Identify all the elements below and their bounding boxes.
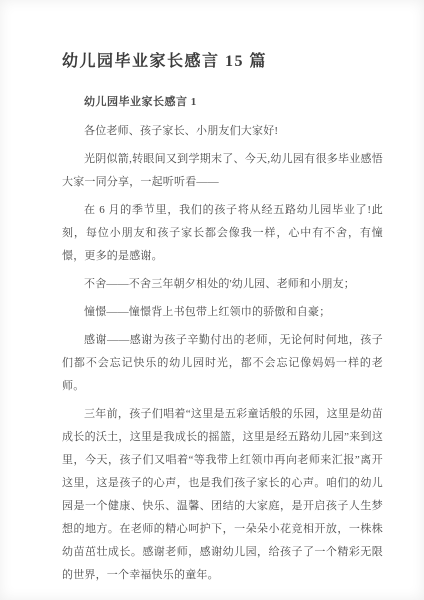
document-page: 幼儿园毕业家长感言 15 篇 幼儿园毕业家长感言 1 各位老师、孩子家长、小朋友… xyxy=(0,0,424,600)
section-heading: 幼儿园毕业家长感言 1 xyxy=(62,91,383,114)
paragraph: 感谢——感谢为孩子辛勤付出的老师，无论何时何地，孩子们都不会忘记快乐的幼儿园时光… xyxy=(62,329,383,398)
paragraph: 光阴似箭,转眼间又到学期末了、今天,幼儿园有很多毕业感悟大家一同分享，一起听听看… xyxy=(62,148,383,194)
paragraph: 不舍——不舍三年朝夕相处的'幼儿园、老师和小朋友； xyxy=(62,273,383,296)
document-body: 各位老师、孩子家长、小朋友们大家好!光阴似箭,转眼间又到学期末了、今天,幼儿园有… xyxy=(62,120,383,587)
document-title: 幼儿园毕业家长感言 15 篇 xyxy=(62,50,383,74)
paragraph: 憧憬——憧憬背上书包带上红领巾的骄傲和自豪； xyxy=(62,301,383,324)
paragraph: 各位老师、孩子家长、小朋友们大家好! xyxy=(62,120,383,143)
paragraph: 在 6 月的季节里，我们的孩子将从经五路幼儿园毕业了!此刻，每位小朋友和孩子家长… xyxy=(62,199,383,268)
paragraph: 三年前，孩子们唱着“这里是五彩童话般的乐园，这里是幼苗成长的沃土，这里是我成长的… xyxy=(62,403,383,587)
